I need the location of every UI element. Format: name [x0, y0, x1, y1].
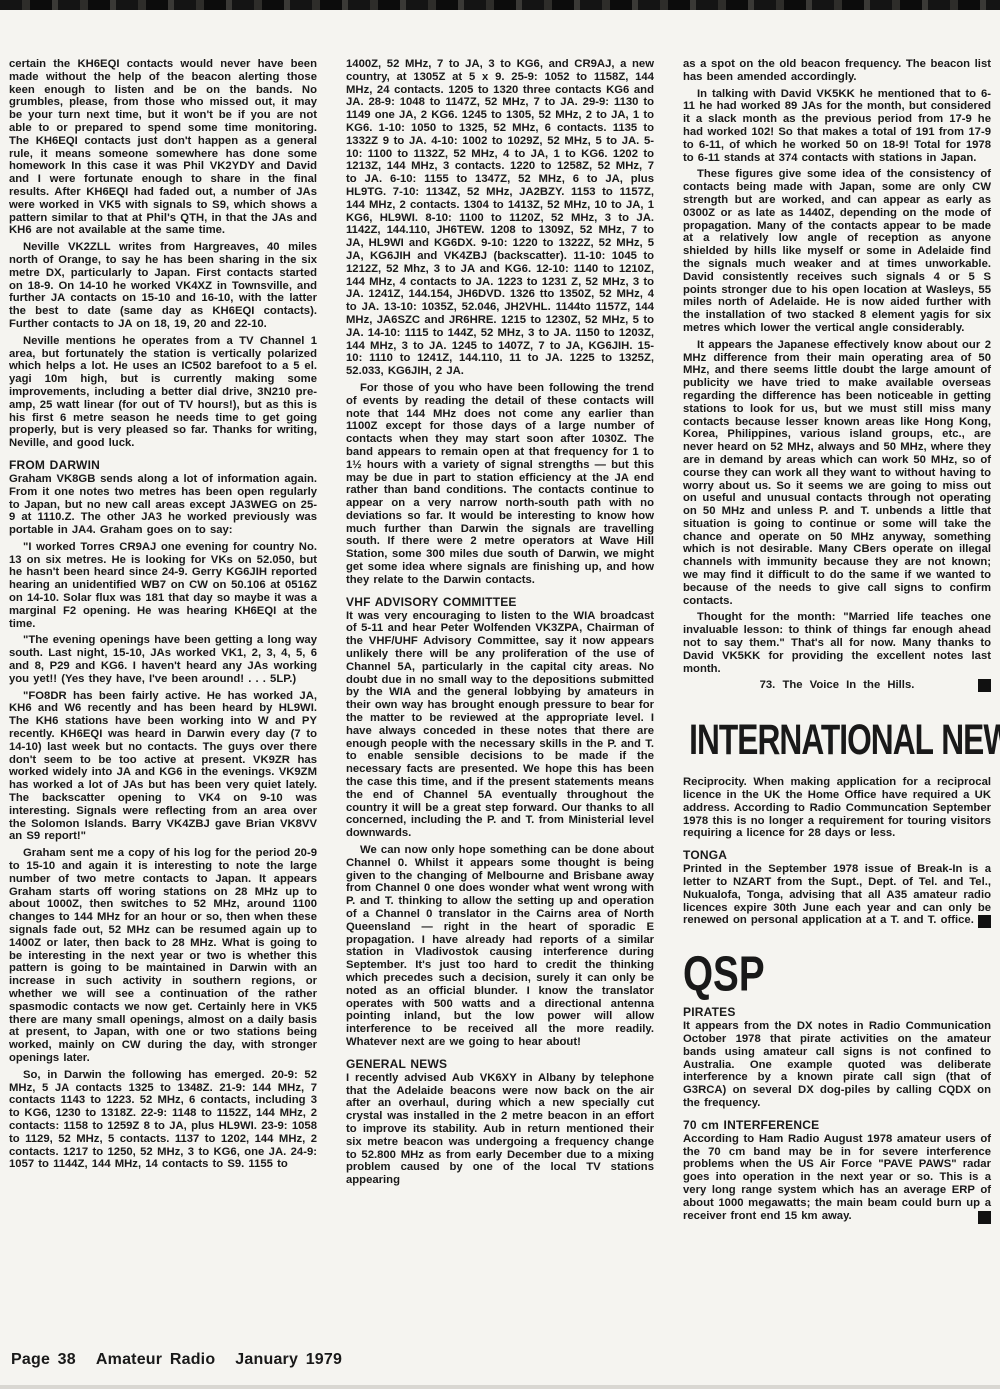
issue-date: January 1979 — [235, 1351, 342, 1369]
international-news-heading: INTERNATIONAL NEWS — [689, 715, 985, 766]
paragraph-lead: Reciprocity. — [683, 776, 753, 788]
tonga-heading: TONGA — [683, 849, 991, 862]
paragraph: It appears from the DX notes in Radio Co… — [683, 1020, 991, 1110]
end-of-article-marker — [978, 679, 991, 692]
paragraph: "FO8DR has been fairly active. He has wo… — [9, 690, 317, 844]
paragraph: 1400Z, 52 MHz, 7 to JA, 3 to KG6, and CR… — [346, 58, 654, 378]
signoff-text: 73. The Voice In the Hills. — [760, 679, 915, 691]
paragraph: Neville mentions he operates from a TV C… — [9, 335, 317, 450]
scan-edge-artifact-top — [0, 0, 1000, 10]
column-3: as a spot on the old beacon frequency. T… — [683, 58, 991, 1389]
paragraph: According to Ham Radio August 1978 amate… — [683, 1133, 991, 1223]
paragraph: Neville VK2ZLL writes from Hargreaves, 4… — [9, 241, 317, 331]
end-of-article-marker — [978, 915, 991, 928]
paragraph: So, in Darwin the following has emerged.… — [9, 1069, 317, 1171]
signoff-line: 73. The Voice In the Hills. — [683, 679, 991, 692]
column-2: 1400Z, 52 MHz, 7 to JA, 3 to KG6, and CR… — [346, 58, 654, 1389]
paragraph: For those of you who have been following… — [346, 382, 654, 587]
paragraph: certain the KH6EQI contacts would never … — [9, 58, 317, 237]
from-darwin-heading: FROM DARWIN — [9, 459, 317, 472]
paragraph: Graham VK8GB sends along a lot of inform… — [9, 473, 317, 537]
70cm-interference-heading: 70 cm INTERFERENCE — [683, 1119, 991, 1132]
magazine-page: certain the KH6EQI contacts would never … — [0, 0, 1000, 1389]
paragraph: Thought for the month: "Married life tea… — [683, 611, 991, 675]
paragraph: Graham sent me a copy of his log for the… — [9, 847, 317, 1065]
paragraph: We can now only hope something can be do… — [346, 844, 654, 1049]
paragraph: These figures give some idea of the cons… — [683, 168, 991, 334]
qsp-heading: QSP — [683, 947, 966, 1001]
magazine-title: Amateur Radio — [96, 1351, 215, 1369]
paragraph: "The evening openings have been getting … — [9, 634, 317, 685]
paragraph: It was very encouraging to listen to the… — [346, 610, 654, 840]
page-footer: Page 38 Amateur Radio January 1979 — [11, 1351, 342, 1369]
paragraph: Reciprocity. When making application for… — [683, 776, 991, 840]
scan-edge-artifact-bottom — [0, 1385, 1000, 1389]
paragraph: as a spot on the old beacon frequency. T… — [683, 58, 991, 84]
pirates-heading: PIRATES — [683, 1006, 991, 1019]
paragraph: "I worked Torres CR9AJ one evening for c… — [9, 541, 317, 631]
paragraph: Printed in the September 1978 issue of B… — [683, 863, 991, 927]
vhf-advisory-committee-heading: VHF ADVISORY COMMITTEE — [346, 596, 654, 609]
end-of-article-marker — [978, 1211, 991, 1224]
paragraph: In talking with David VK5KK he mentioned… — [683, 88, 991, 165]
page-number: Page 38 — [11, 1351, 76, 1369]
column-1: certain the KH6EQI contacts would never … — [9, 58, 317, 1389]
general-news-heading: GENERAL NEWS — [346, 1058, 654, 1071]
paragraph: I recently advised Aub VK6XY in Albany b… — [346, 1072, 654, 1187]
paragraph: It appears the Japanese effectively know… — [683, 339, 991, 608]
